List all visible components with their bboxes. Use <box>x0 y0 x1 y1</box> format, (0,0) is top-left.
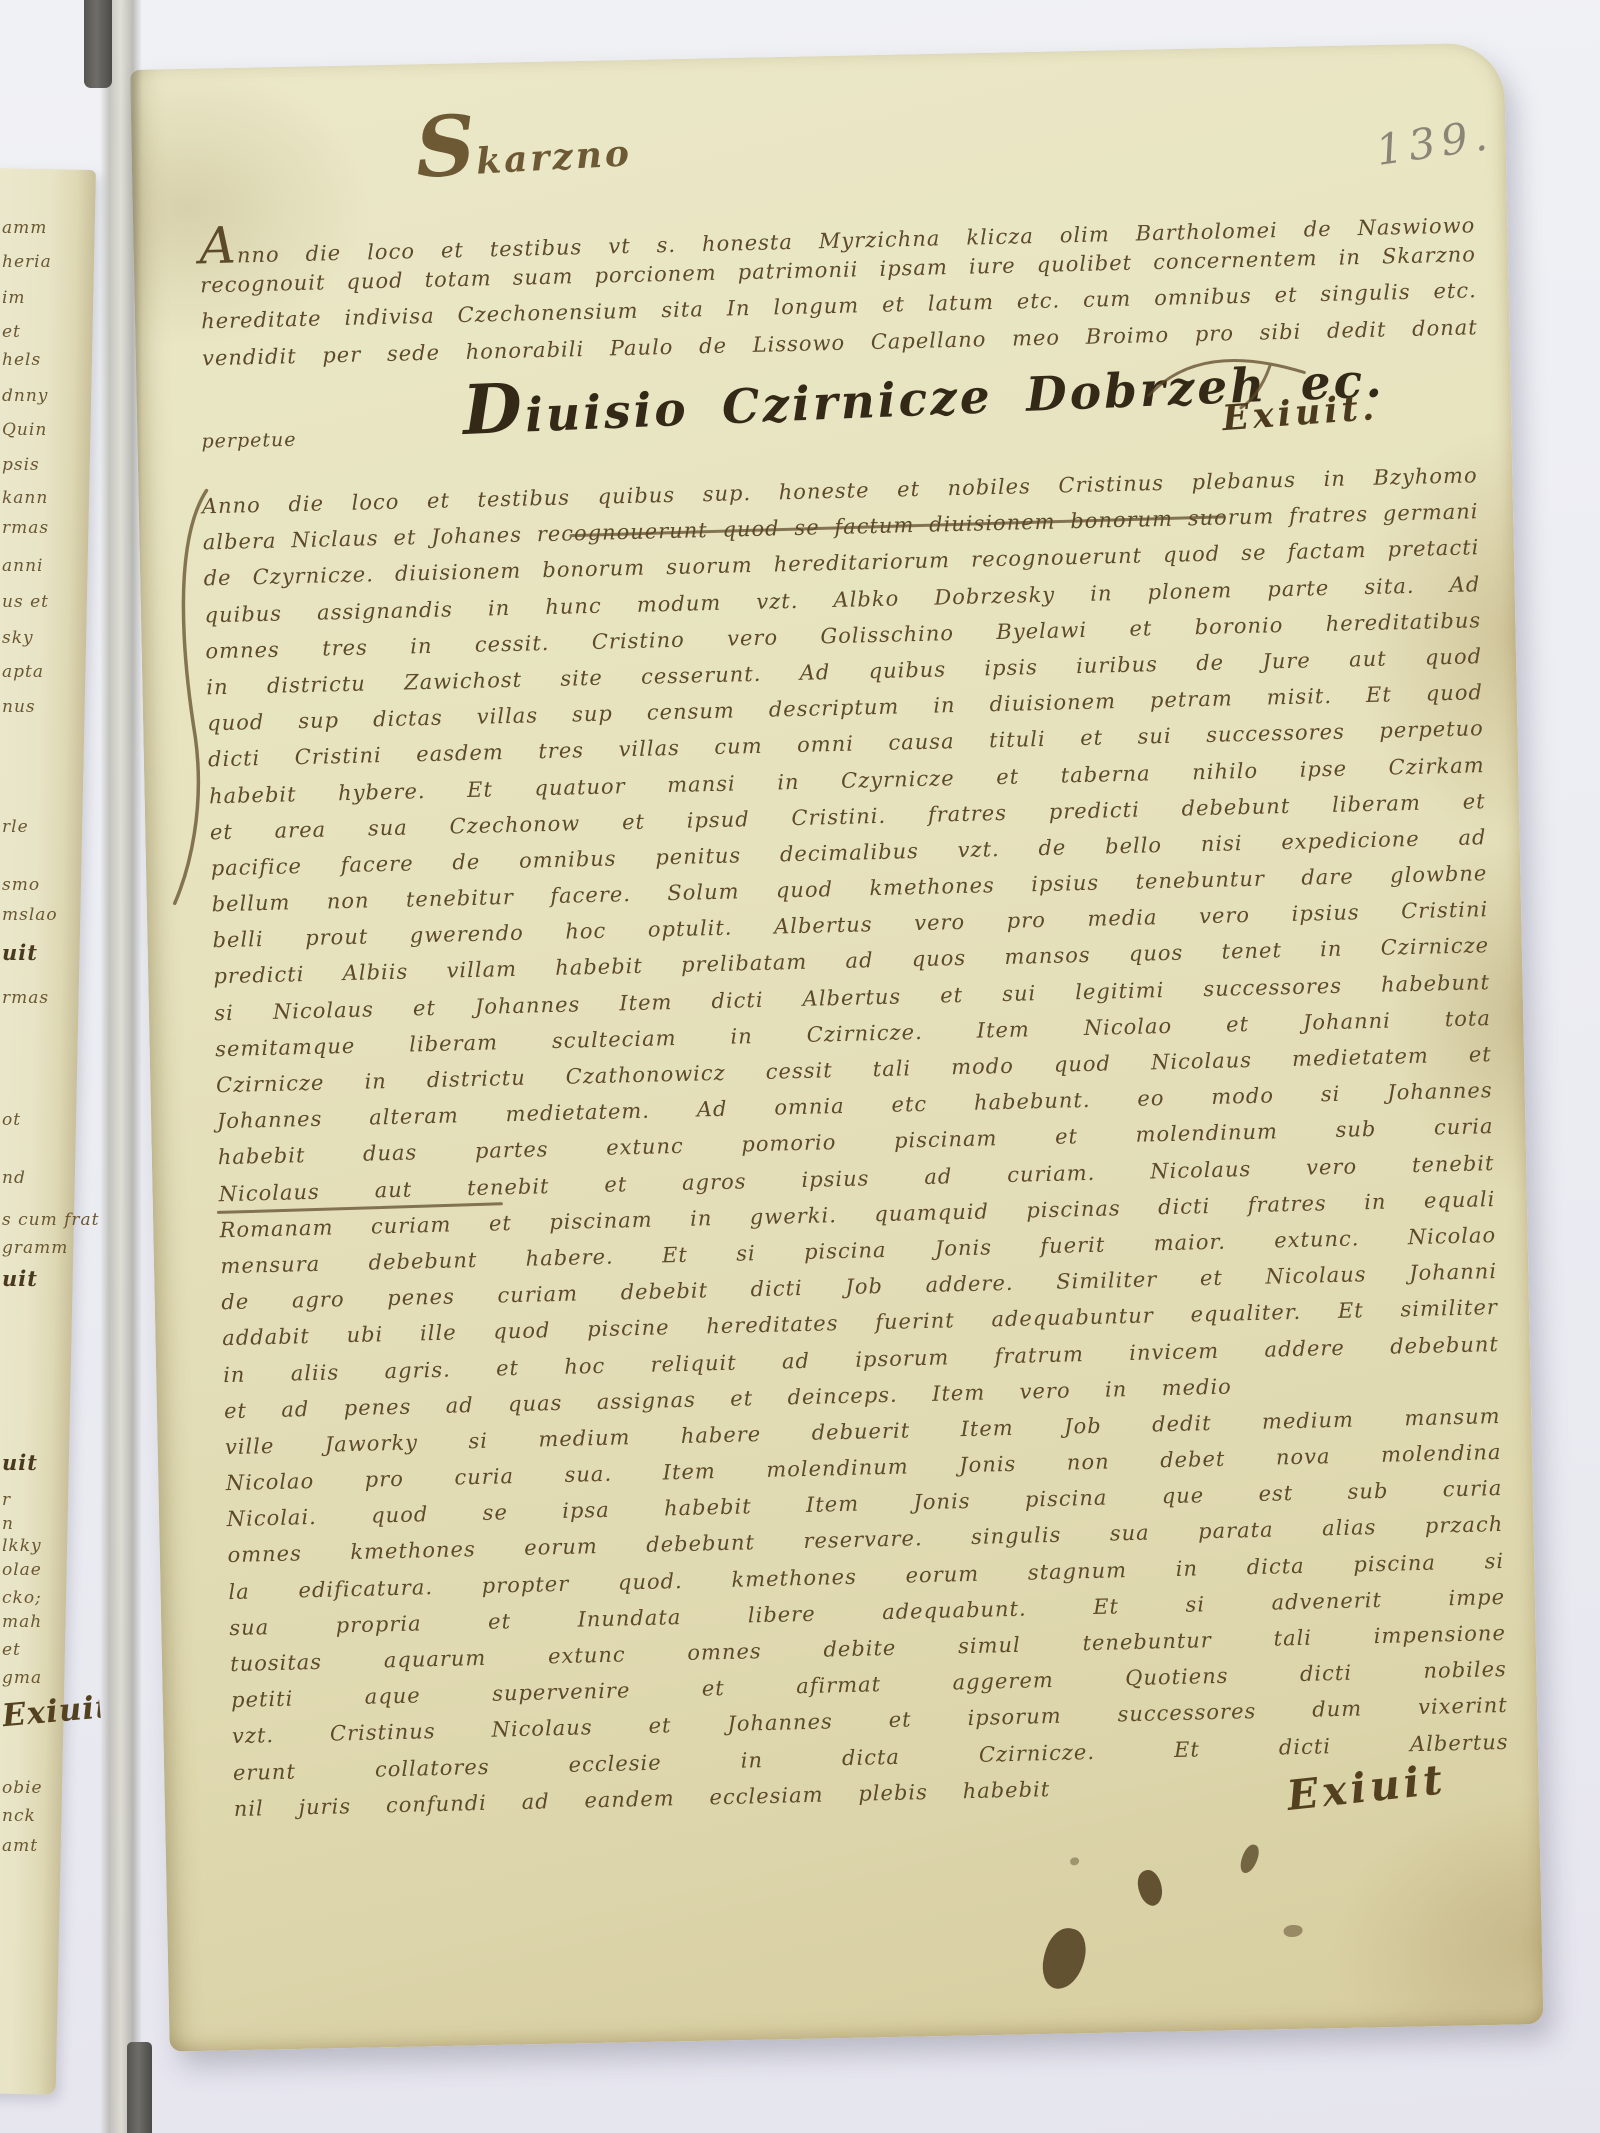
pre-title-word: perpetue <box>201 429 296 453</box>
ink-blot <box>1133 1867 1167 1909</box>
ink-blot <box>1283 1925 1302 1937</box>
photo-backdrop: ammheriaimethelsdnnyQuinpsiskannrmasanni… <box>0 0 1600 2133</box>
binding-rod-bottom <box>127 2042 152 2133</box>
ink-blot <box>1038 1924 1091 1993</box>
binding-strip <box>100 0 142 2133</box>
facing-page-edge <box>0 168 96 2095</box>
manuscript-page: 139. Skarzno Anno die loco et testibus v… <box>130 42 1544 2051</box>
header-word: Skarzno <box>414 108 633 186</box>
intro-paragraph: Anno die loco et testibus vt s. honesta … <box>199 200 1478 376</box>
ink-blot <box>1238 1842 1262 1875</box>
folio-number: 139. <box>1373 110 1496 175</box>
ink-blot <box>1070 1857 1079 1865</box>
binding-rod-top <box>84 0 112 88</box>
body-paragraph: Anno die loco et testibus quibus sup. ho… <box>201 457 1509 1827</box>
